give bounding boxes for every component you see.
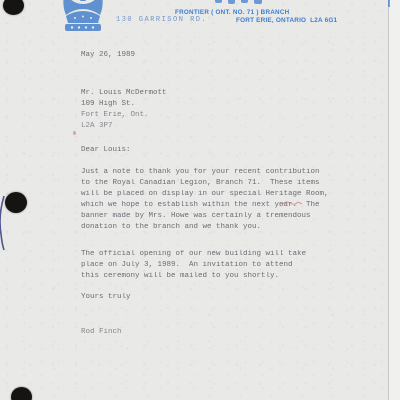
body-line: The official opening of our new building… (81, 250, 306, 259)
blue-corner-mark (388, 0, 390, 7)
red-pen-annotation (281, 194, 303, 212)
body-line: place on July 3, 1989. An invitation to … (81, 261, 293, 270)
letterhead-city-line: FORT ERIE, ONTARIO L2A 6G1 (236, 17, 337, 24)
recipient-name: Mr. Louis McDermott (81, 89, 167, 98)
recipient-postal-code: L2A 3P7 (81, 122, 113, 131)
letter-date: May 26, 1989 (81, 51, 135, 60)
body-line: to the Royal Canadian Legion, Branch 71.… (81, 179, 320, 188)
cutoff-letter (241, 0, 248, 3)
body-line: banner made by Mrs. Howe was certainly a… (81, 212, 311, 221)
recipient-city: Fort Erie, Ont. (81, 111, 149, 120)
salutation: Dear Louis: (81, 146, 131, 155)
recipient-street: 109 High St. (81, 100, 135, 109)
letterhead-street: 130 GARRISON RD. (116, 16, 207, 24)
scanned-letter-page: FRONTIER ( ONT. NO. 71 ) BRANCH 130 GARR… (0, 0, 400, 400)
cutoff-letter (228, 0, 235, 4)
body-line: this ceremony will be mailed to you shor… (81, 272, 279, 281)
paper-right-edge (388, 0, 400, 400)
signature-name: Rod Finch (81, 328, 122, 337)
punch-hole (11, 387, 32, 400)
red-ink-speck (73, 131, 76, 135)
closing: Yours truly (81, 293, 131, 302)
cutoff-letter (254, 0, 262, 4)
body-line: donation to the branch and we thank you. (81, 223, 261, 232)
punch-hole (3, 0, 24, 15)
body-line: Just a note to thank you for your recent… (81, 168, 320, 177)
legion-crest-icon (57, 0, 109, 41)
punch-hole (5, 192, 27, 213)
cutoff-letter (215, 0, 222, 3)
letterhead-branch-line: FRONTIER ( ONT. NO. 71 ) BRANCH (175, 9, 289, 16)
